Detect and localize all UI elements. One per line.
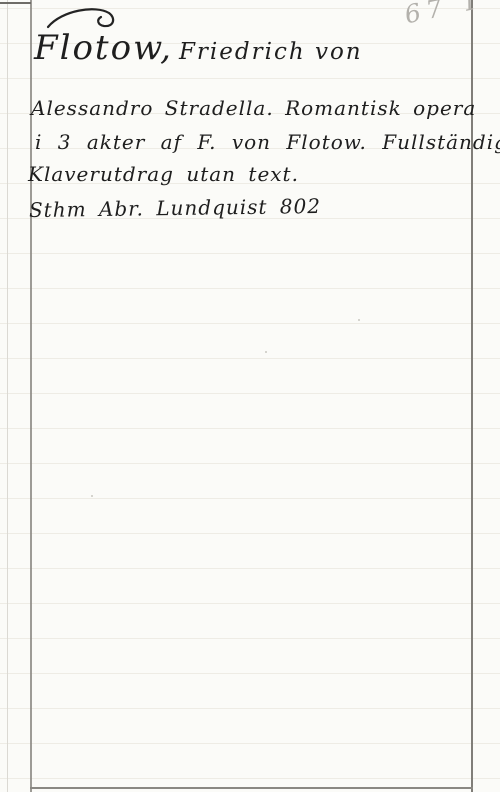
entry-line-subtitle: i 3 akter af F. von Flotow. Fullständigt bbox=[35, 130, 500, 154]
right-margin-rule bbox=[471, 0, 473, 792]
page-edge-line bbox=[7, 0, 8, 792]
entry-line-format: Klaverutdrag utan text. bbox=[28, 162, 299, 186]
scan-speck bbox=[91, 495, 93, 497]
bottom-rule bbox=[30, 787, 473, 789]
entry-line-title: Alessandro Stradella. Romantisk opera bbox=[31, 96, 476, 120]
entry-heading: Flotow,Friedrich von bbox=[34, 28, 363, 68]
catalog-entry: Alessandro Stradella. Romantisk opera i … bbox=[0, 0, 500, 792]
top-left-edge-mark bbox=[0, 2, 31, 4]
heading-given-name: Friedrich von bbox=[179, 39, 363, 65]
left-margin-rule bbox=[30, 0, 32, 792]
pencil-annotation: 67 T bbox=[402, 0, 487, 29]
heading-surname: Flotow, bbox=[34, 28, 173, 68]
entry-line-publisher: Sthm Abr. Lundquist 802 bbox=[29, 194, 321, 222]
scan-speck bbox=[265, 351, 267, 353]
scan-speck bbox=[358, 319, 360, 321]
catalog-card-page: 67 T Flotow,Friedrich von Alessandro Str… bbox=[0, 0, 500, 792]
